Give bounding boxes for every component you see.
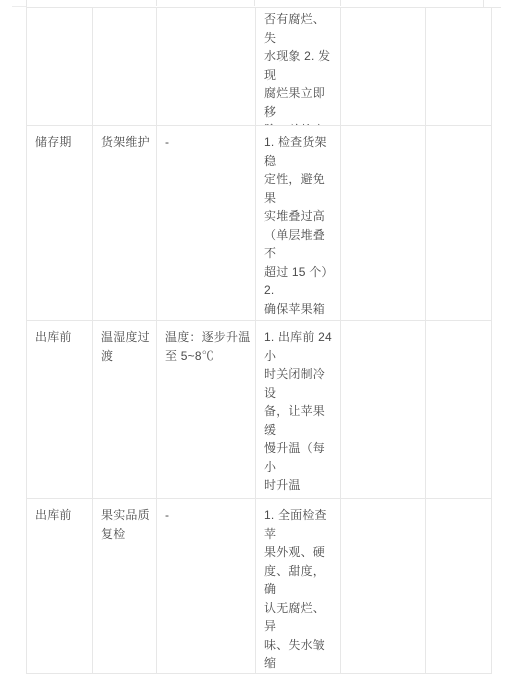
cell-r1-extra1[interactable]	[341, 8, 426, 126]
cell-r2-operations[interactable]: 1. 检查货架稳 定性，避免果 实堆叠过高 （单层堆叠不 超过 15 个）2. …	[256, 126, 341, 321]
cell-r1-extra2[interactable]	[426, 8, 492, 126]
previous-row-gridline-stub	[254, 0, 255, 6]
cell-r2-extra1[interactable]	[341, 126, 426, 321]
cell-r3-extra2[interactable]	[426, 321, 492, 499]
document-page: 否有腐烂、失 水现象 2. 发现 腐烂果立即移 除，并检查周 围果实是否受 影响…	[0, 0, 519, 690]
previous-row-gridline-stub	[340, 0, 341, 6]
page-break-line-left-stub	[12, 6, 26, 7]
previous-row-gridline-stub	[483, 0, 484, 7]
previous-row-gridline-stub	[26, 0, 27, 7]
cell-r1-operations[interactable]: 否有腐烂、失 水现象 2. 发现 腐烂果立即移 除，并检查周 围果实是否受 影响	[256, 8, 341, 126]
cell-r3-extra1[interactable]	[341, 321, 426, 499]
cell-r2-item[interactable]: 货架维护	[93, 126, 157, 321]
cell-r4-parameter[interactable]: -	[157, 499, 256, 674]
cell-r2-stage[interactable]: 储存期	[27, 126, 93, 321]
cell-r1-item[interactable]	[93, 8, 157, 126]
cell-r2-parameter[interactable]: -	[157, 126, 256, 321]
page-break-line-right-stub	[491, 7, 501, 8]
cell-r4-extra1[interactable]	[341, 499, 426, 674]
cell-r2-extra2[interactable]	[426, 126, 492, 321]
procedure-table: 否有腐烂、失 水现象 2. 发现 腐烂果立即移 除，并检查周 围果实是否受 影响…	[26, 7, 491, 674]
cell-r3-parameter[interactable]: 温度：逐步升温 至 5~8℃	[157, 321, 256, 499]
cell-r1-stage[interactable]	[27, 8, 93, 126]
cell-r3-stage[interactable]: 出库前	[27, 321, 93, 499]
cell-r4-item[interactable]: 果实品质 复检	[93, 499, 157, 674]
cell-r4-operations[interactable]: 1. 全面检查苹 果外观、硬 度、甜度，确 认无腐烂、异 味、失水皱缩 2. 按…	[256, 499, 341, 674]
cell-r3-operations[interactable]: 1. 出库前 24 小 时关闭制冷设 备，让苹果缓 慢升温（每小 时升温≤1℃）…	[256, 321, 341, 499]
cell-r1-parameter[interactable]	[157, 8, 256, 126]
cell-r4-stage[interactable]: 出库前	[27, 499, 93, 674]
cell-r4-extra2[interactable]	[426, 499, 492, 674]
cell-r3-item[interactable]: 温湿度过 渡	[93, 321, 157, 499]
previous-row-gridline-stub	[156, 0, 157, 6]
